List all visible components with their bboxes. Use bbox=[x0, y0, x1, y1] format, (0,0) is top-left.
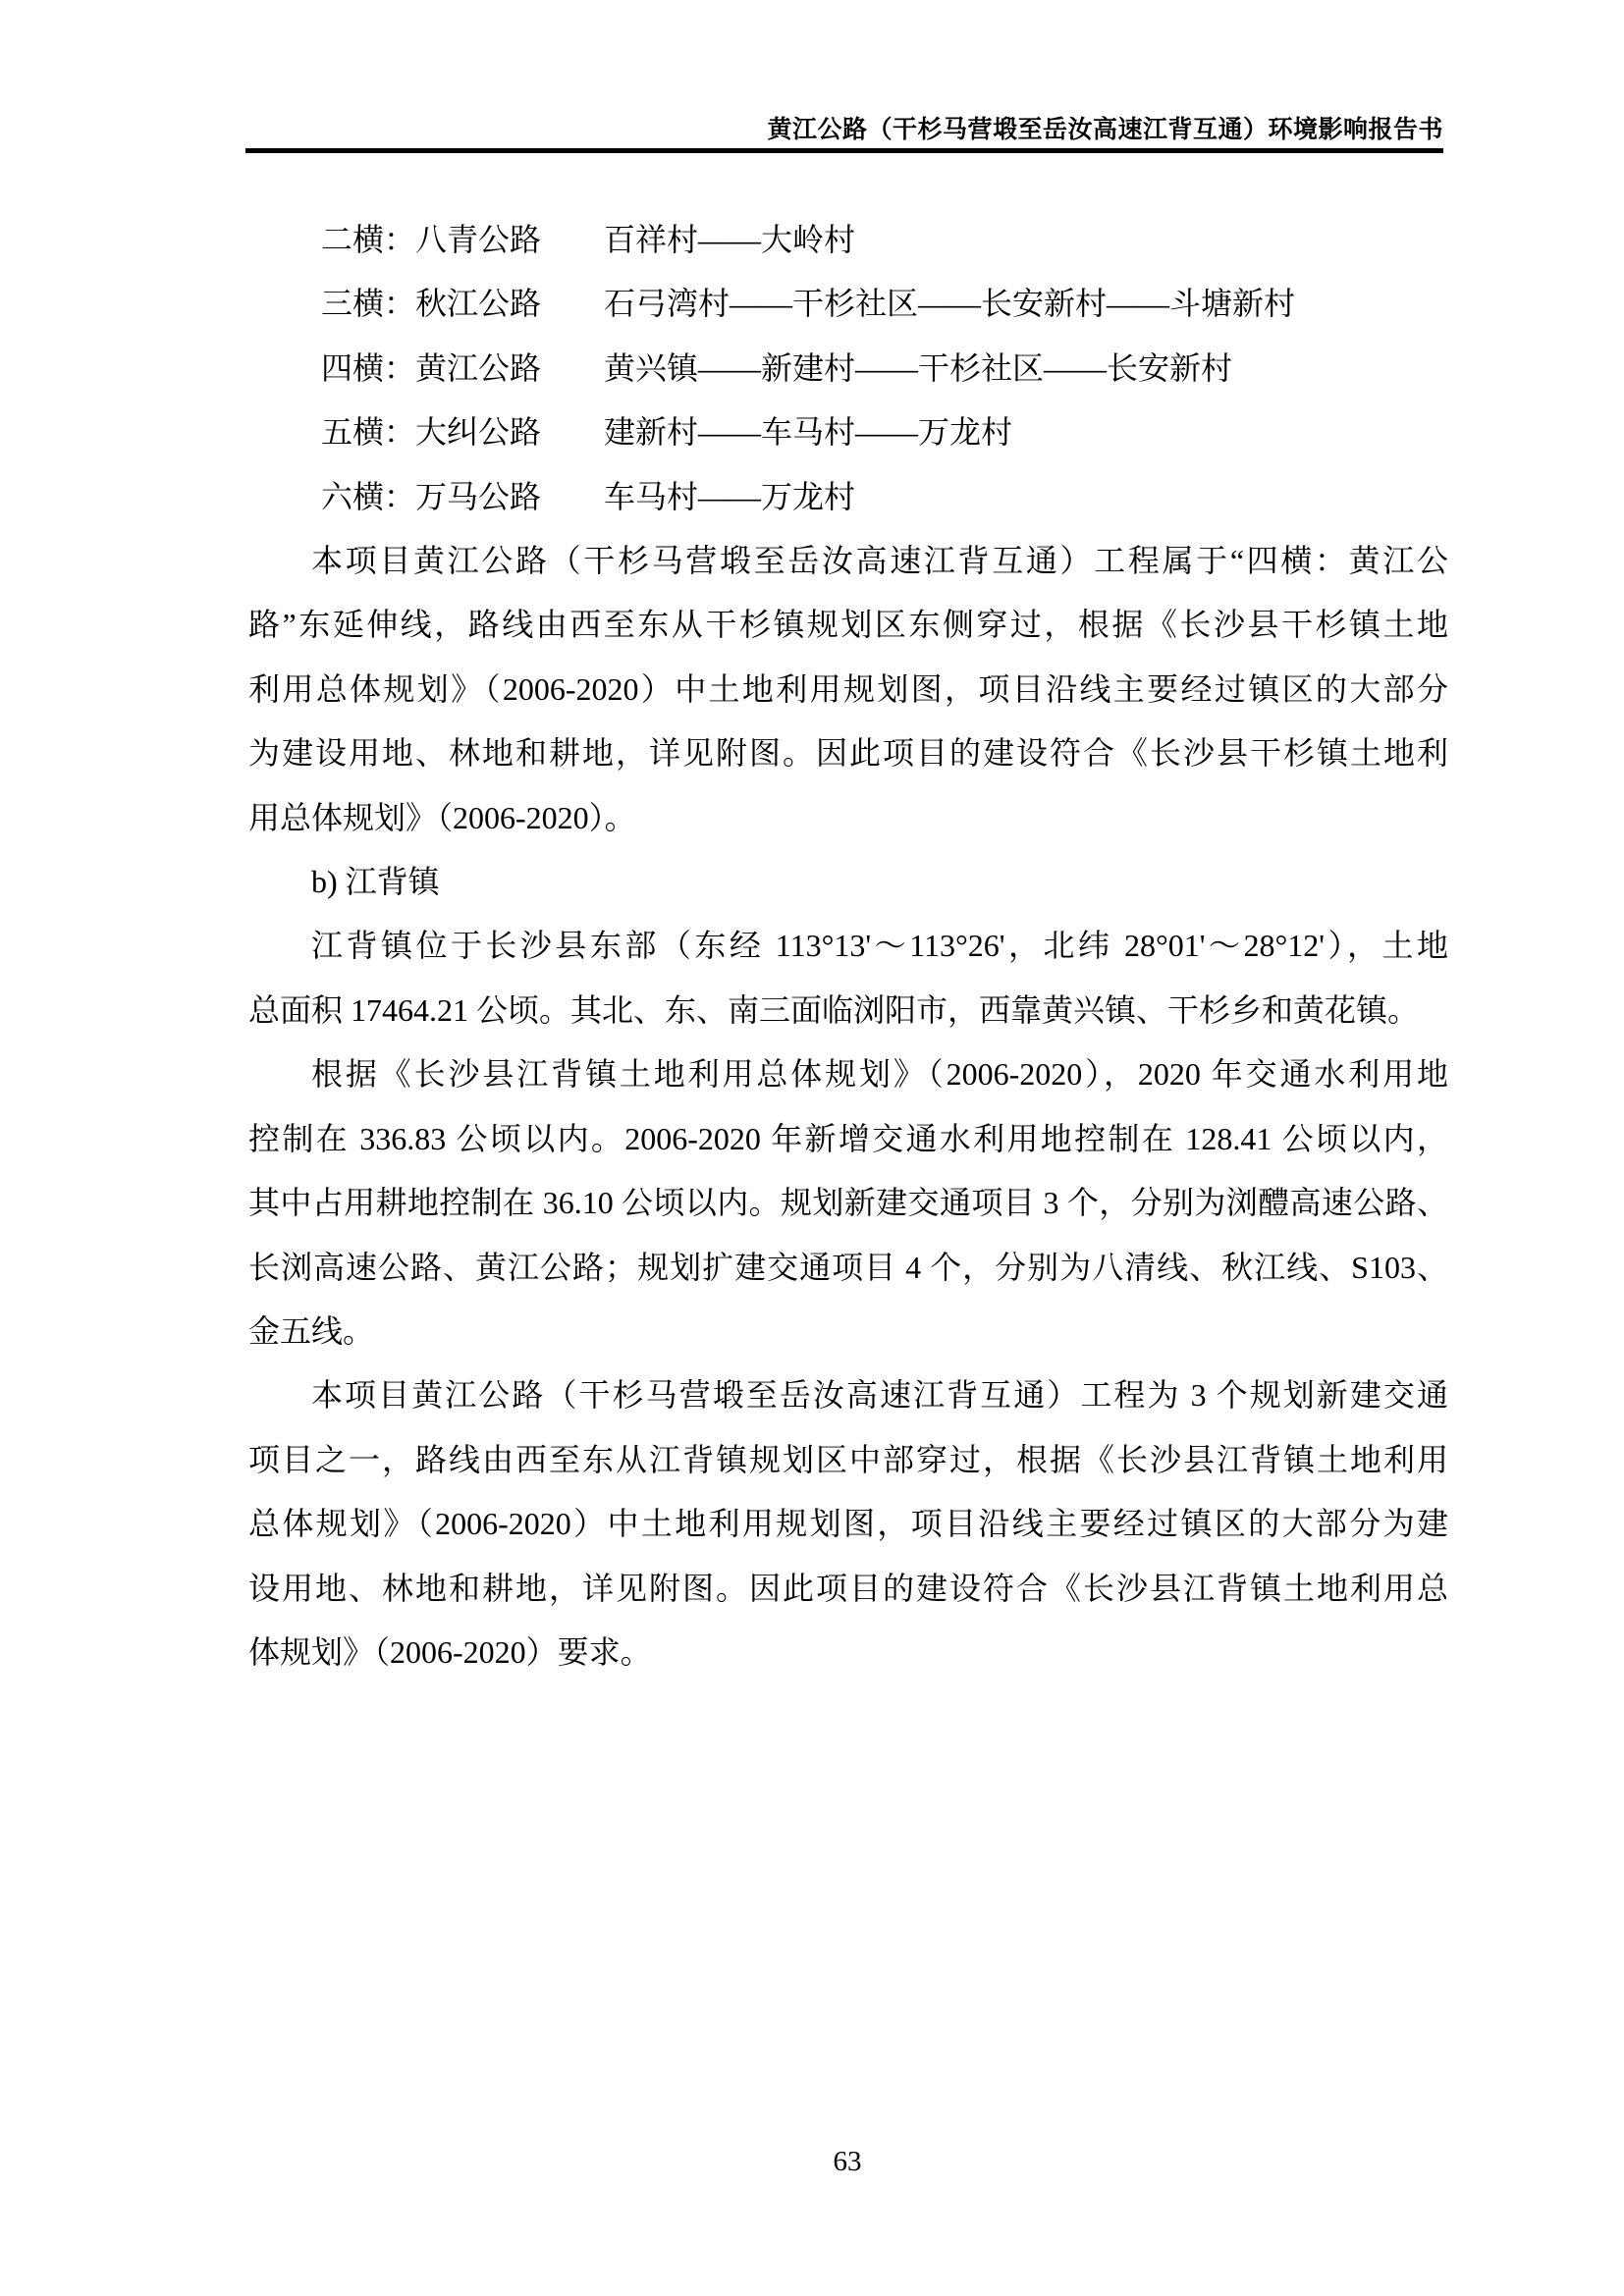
text-line: 项目之一，路线由西至东从江背镇规划区中部穿过，根据《长沙县江背镇土地利用 bbox=[248, 1428, 1448, 1492]
page-number: 63 bbox=[834, 2146, 862, 2177]
text-line: 控制在 336.83 公顷以内。2006-2020 年新增交通水利用地控制在 1… bbox=[248, 1107, 1448, 1171]
road-list-item: 三横：秋江公路石弓湾村——干杉社区——长安新村——斗塘新村 bbox=[248, 272, 1448, 336]
text-line: 长浏高速公路、黄江公路；规划扩建交通项目 4 个，分别为八清线、秋江线、S103… bbox=[248, 1236, 1448, 1300]
text-line: 路”东延伸线，路线由西至东从干杉镇规划区东侧穿过，根据《长沙县干杉镇土地 bbox=[248, 593, 1448, 657]
text-line: 为建设用地、林地和耕地，详见附图。因此项目的建设符合《长沙县干杉镇土地利 bbox=[248, 721, 1448, 785]
road-name: 二横：八青公路 bbox=[321, 208, 541, 272]
paragraph: 本项目黄江公路（干杉马营塅至岳汝高速江背互通）工程为 3 个规划新建交通项目之一… bbox=[248, 1363, 1448, 1684]
header-title: 黄江公路（干杉马营塅至岳汝高速江背互通）环境影响报告书 bbox=[767, 110, 1443, 145]
document-body: 二横：八青公路百祥村——大岭村三横：秋江公路石弓湾村——干杉社区——长安新村——… bbox=[248, 208, 1448, 1684]
road-route: 车马村——万龙村 bbox=[604, 465, 855, 529]
road-name: 三横：秋江公路 bbox=[321, 272, 541, 336]
road-list-item: 四横：黄江公路黄兴镇——新建村——干杉社区——长安新村 bbox=[248, 337, 1448, 400]
road-route: 建新村——车马村——万龙村 bbox=[604, 400, 1012, 464]
page-footer: 63 bbox=[248, 2146, 1446, 2178]
document-page: 黄江公路（干杉马营塅至岳汝高速江背互通）环境影响报告书 二横：八青公路百祥村——… bbox=[0, 0, 1624, 2296]
road-route: 黄兴镇——新建村——干杉社区——长安新村 bbox=[604, 337, 1232, 400]
road-name: 六横：万马公路 bbox=[321, 465, 541, 529]
header-rule bbox=[245, 148, 1443, 153]
road-name: 五横：大纠公路 bbox=[321, 400, 541, 464]
road-list-item: 二横：八青公路百祥村——大岭村 bbox=[248, 208, 1448, 272]
paragraph: 本项目黄江公路（干杉马营塅至岳汝高速江背互通）工程属于“四横：黄江公路”东延伸线… bbox=[248, 529, 1448, 850]
paragraph: 根据《长沙县江背镇土地利用总体规划》（2006-2020），2020 年交通水利… bbox=[248, 1042, 1448, 1363]
road-route: 石弓湾村——干杉社区——长安新村——斗塘新村 bbox=[604, 272, 1295, 336]
text-line: 总体规划》（2006-2020）中土地利用规划图，项目沿线主要经过镇区的大部分为… bbox=[248, 1492, 1448, 1556]
text-line: 其中占用耕地控制在 36.10 公顷以内。规划新建交通项目 3 个，分别为浏醴高… bbox=[248, 1171, 1448, 1235]
text-line: 金五线。 bbox=[248, 1300, 1448, 1363]
text-line: 根据《长沙县江背镇土地利用总体规划》（2006-2020），2020 年交通水利… bbox=[248, 1042, 1448, 1106]
section-heading: b) 江背镇 bbox=[248, 850, 1448, 914]
text-line: 利用总体规划》（2006-2020）中土地利用规划图，项目沿线主要经过镇区的大部… bbox=[248, 658, 1448, 721]
road-list-item: 五横：大纠公路建新村——车马村——万龙村 bbox=[248, 400, 1448, 464]
paragraph-section: 本项目黄江公路（干杉马营塅至岳汝高速江背互通）工程属于“四横：黄江公路”东延伸线… bbox=[248, 529, 1448, 1684]
text-line: 设用地、林地和耕地，详见附图。因此项目的建设符合《长沙县江背镇土地利用总 bbox=[248, 1557, 1448, 1621]
text-line: b) 江背镇 bbox=[248, 850, 1448, 914]
road-list: 二横：八青公路百祥村——大岭村三横：秋江公路石弓湾村——干杉社区——长安新村——… bbox=[248, 208, 1448, 529]
paragraph: 江背镇位于长沙县东部（东经 113°13'～113°26'，北纬 28°01'～… bbox=[248, 914, 1448, 1042]
text-line: 用总体规划》（2006-2020）。 bbox=[248, 786, 1448, 850]
road-name: 四横：黄江公路 bbox=[321, 337, 541, 400]
text-line: 体规划》（2006-2020）要求。 bbox=[248, 1621, 1448, 1684]
road-list-item: 六横：万马公路车马村——万龙村 bbox=[248, 465, 1448, 529]
text-line: 本项目黄江公路（干杉马营塅至岳汝高速江背互通）工程属于“四横：黄江公 bbox=[248, 529, 1448, 593]
road-route: 百祥村——大岭村 bbox=[604, 208, 855, 272]
text-line: 总面积 17464.21 公顷。其北、东、南三面临浏阳市，西靠黄兴镇、干杉乡和黄… bbox=[248, 979, 1448, 1042]
text-line: 本项目黄江公路（干杉马营塅至岳汝高速江背互通）工程为 3 个规划新建交通 bbox=[248, 1363, 1448, 1427]
text-line: 江背镇位于长沙县东部（东经 113°13'～113°26'，北纬 28°01'～… bbox=[248, 914, 1448, 978]
